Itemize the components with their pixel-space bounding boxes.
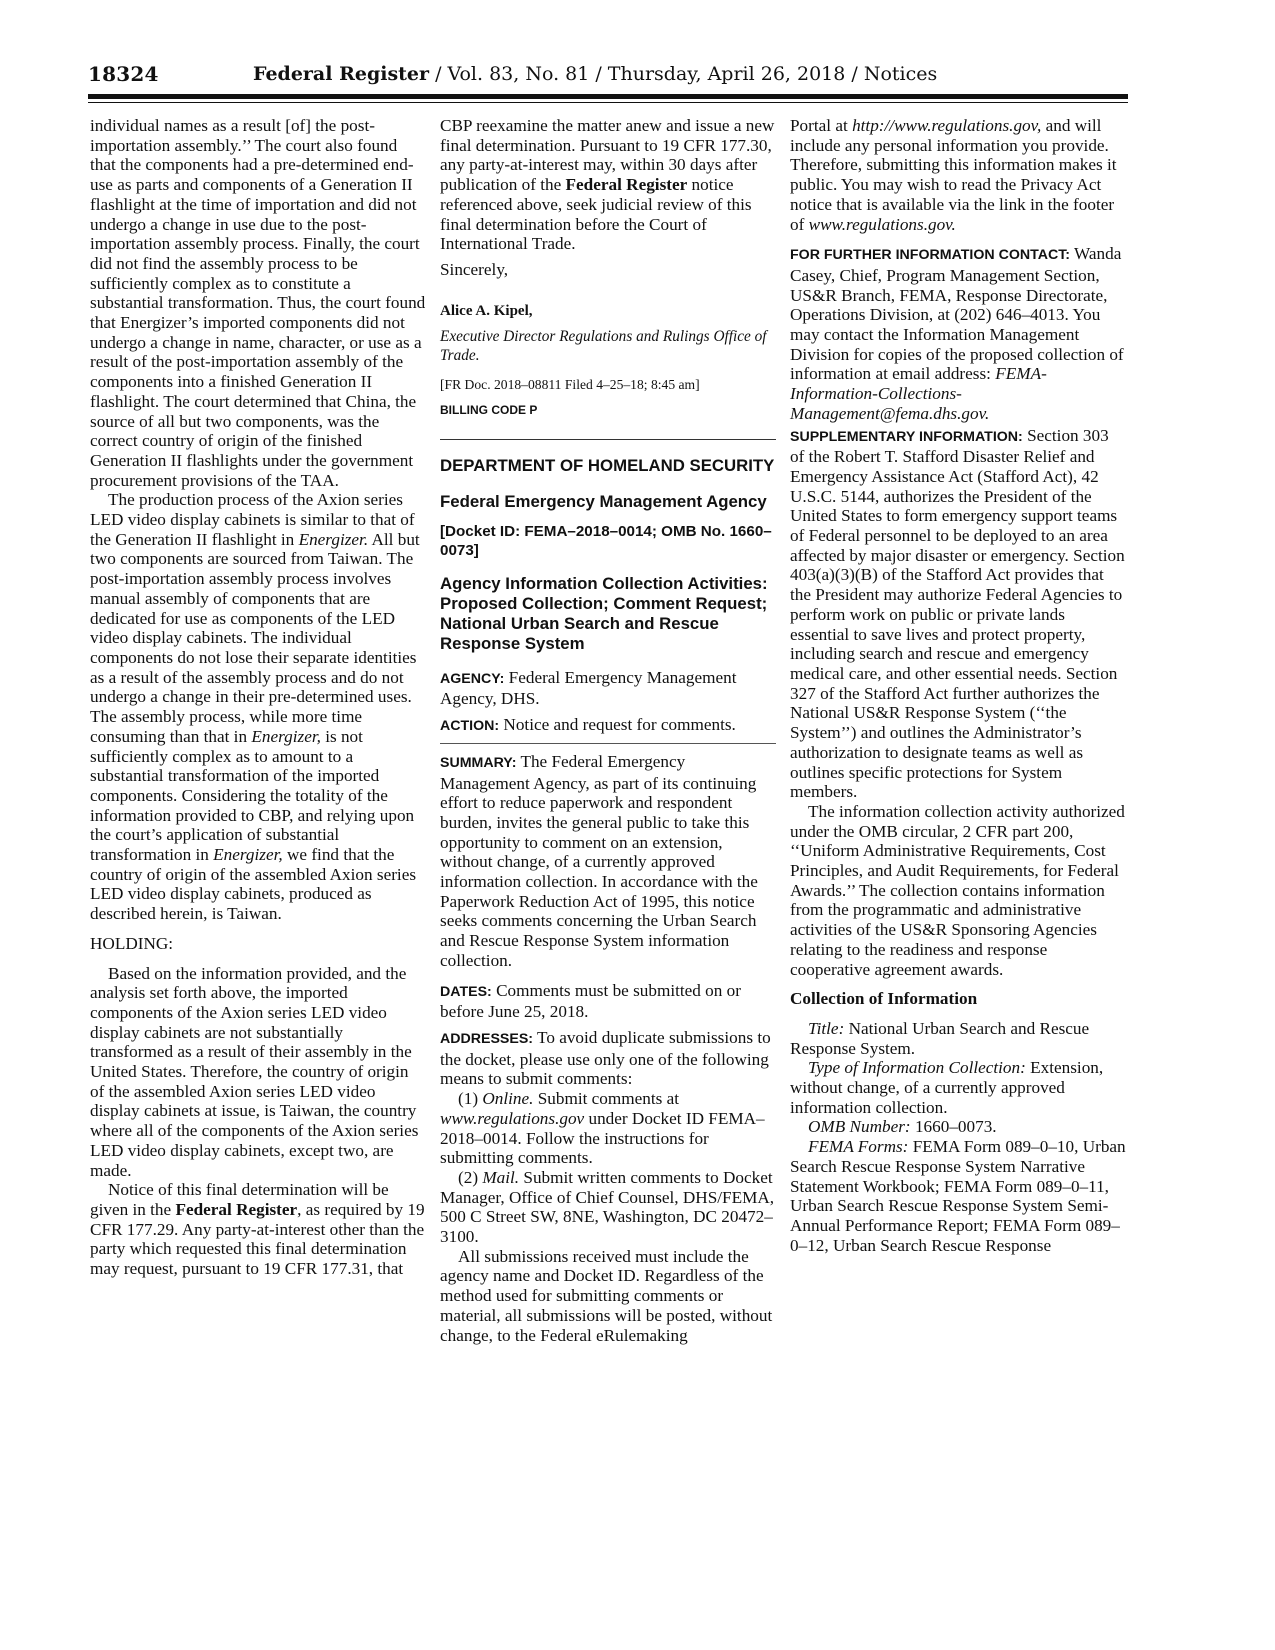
billing-code: BILLING CODE P	[440, 401, 776, 421]
header-rule-thin	[88, 102, 1128, 103]
running-title: Federal Register / Vol. 83, No. 81 / Thu…	[253, 63, 937, 85]
field-label: OMB Number:	[808, 1117, 911, 1136]
type-field: Type of Information Collection: Extensio…	[790, 1058, 1126, 1117]
collection-heading: Collection of Information	[790, 989, 1126, 1009]
field-label: SUMMARY:	[440, 755, 516, 771]
page-number: 18324	[88, 62, 159, 86]
regulations-link[interactable]: http://www.regulations.gov,	[852, 116, 1041, 135]
issue-info: / Vol. 83, No. 81 / Thursday, April 26, …	[429, 63, 937, 85]
section-divider	[440, 439, 776, 440]
column-middle: CBP reexamine the matter anew and issue …	[440, 116, 776, 1345]
text-run: All but two components are sourced from …	[90, 530, 420, 746]
method-label: Online.	[482, 1089, 533, 1108]
paragraph: Portal at http://www.regulations.gov, an…	[790, 116, 1126, 234]
dates-field: DATES: Comments must be submitted on or …	[440, 981, 776, 1022]
agency-heading: Federal Emergency Management Agency	[440, 492, 776, 512]
column-left: individual names as a result [of] the po…	[90, 116, 426, 1279]
summary-field: SUMMARY: The Federal Emergency Managemen…	[440, 752, 776, 971]
field-value: Notice and request for comments.	[499, 715, 736, 734]
case-name: Energizer,	[251, 727, 321, 746]
field-label: Title:	[808, 1019, 844, 1038]
field-label: DATES:	[440, 984, 492, 1000]
running-header: 18324 Federal Register / Vol. 83, No. 81…	[88, 60, 1128, 90]
field-value: 1660–0073.	[911, 1117, 997, 1136]
field-label: FEMA Forms:	[808, 1137, 908, 1156]
text-run: (2)	[458, 1168, 482, 1187]
text-run: Portal at	[790, 116, 852, 135]
department-heading: DEPARTMENT OF HOMELAND SECURITY	[440, 456, 776, 476]
section-divider	[440, 743, 776, 744]
online-instructions: (1) Online. Submit comments at www.regul…	[440, 1089, 776, 1168]
field-label: AGENCY:	[440, 671, 504, 687]
agency-field: AGENCY: Federal Emergency Management Age…	[440, 668, 776, 709]
field-label: ADDRESSES:	[440, 1031, 533, 1047]
publication-name: Federal Register	[566, 175, 688, 194]
field-label: Type of Information Collection:	[808, 1058, 1026, 1077]
field-value: Section 303 of the Robert T. Stafford Di…	[790, 426, 1125, 802]
regulations-link[interactable]: www.regulations.gov	[440, 1109, 584, 1128]
action-field: ACTION: Notice and request for comments.	[440, 715, 776, 737]
publication-name: Federal Register	[253, 63, 429, 85]
paragraph: CBP reexamine the matter anew and issue …	[440, 116, 776, 254]
addresses-field: ADDRESSES: To avoid duplicate submission…	[440, 1028, 776, 1089]
fr-doc-line: [FR Doc. 2018–08811 Filed 4–25–18; 8:45 …	[440, 375, 776, 395]
text-run: is not sufficiently complex as to amount…	[90, 727, 414, 864]
text-run: (1)	[458, 1089, 482, 1108]
publication-name: Federal Register	[175, 1200, 297, 1219]
regulations-link[interactable]: www.regulations.gov.	[809, 215, 956, 234]
closing: Sincerely,	[440, 260, 776, 280]
paragraph: The information collection activity auth…	[790, 802, 1126, 979]
holding-heading: HOLDING:	[90, 934, 426, 954]
case-name: Energizer,	[213, 845, 283, 864]
paragraph: All submissions received must include th…	[440, 1247, 776, 1346]
federal-register-page: 18324 Federal Register / Vol. 83, No. 81…	[0, 0, 1275, 1650]
paragraph: individual names as a result [of] the po…	[90, 116, 426, 490]
column-right: Portal at http://www.regulations.gov, an…	[790, 116, 1126, 1255]
title-field: Title: National Urban Search and Rescue …	[790, 1019, 1126, 1058]
paragraph: Based on the information provided, and t…	[90, 964, 426, 1181]
mail-instructions: (2) Mail. Submit written comments to Doc…	[440, 1168, 776, 1247]
method-label: Mail.	[482, 1168, 519, 1187]
docket-heading: [Docket ID: FEMA–2018–0014; OMB No. 1660…	[440, 522, 776, 560]
omb-number-field: OMB Number: 1660–0073.	[790, 1117, 1126, 1137]
text-run: Submit comments at	[533, 1089, 679, 1108]
field-value: The Federal Emergency Management Agency,…	[440, 752, 758, 970]
fema-forms-field: FEMA Forms: FEMA Form 089–0–10, Urban Se…	[790, 1137, 1126, 1255]
notice-title: Agency Information Collection Activities…	[440, 574, 776, 654]
field-label: ACTION:	[440, 718, 499, 734]
field-label: FOR FURTHER INFORMATION CONTACT:	[790, 247, 1070, 263]
paragraph: The production process of the Axion seri…	[90, 490, 426, 923]
signer-name: Alice A. Kipel,	[440, 302, 776, 322]
field-value: Wanda Casey, Chief, Program Management S…	[790, 244, 1124, 383]
header-rule-thick	[88, 94, 1128, 99]
signer-title: Executive Director Regulations and Rulin…	[440, 327, 776, 365]
contact-field: FOR FURTHER INFORMATION CONTACT: Wanda C…	[790, 244, 1126, 423]
paragraph: Notice of this final determination will …	[90, 1180, 426, 1279]
case-name: Energizer.	[299, 530, 369, 549]
supplementary-field: SUPPLEMENTARY INFORMATION: Section 303 o…	[790, 426, 1126, 802]
field-label: SUPPLEMENTARY INFORMATION:	[790, 429, 1023, 445]
